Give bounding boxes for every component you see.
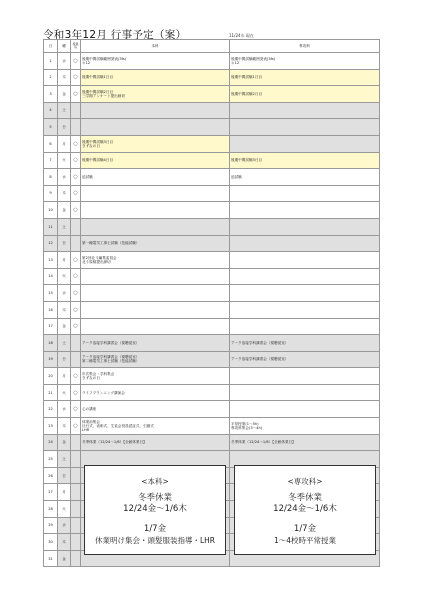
date-cell: 22 (44, 401, 58, 418)
weekday-cell: 火 (58, 152, 71, 169)
table-row: 4土 (44, 102, 380, 119)
table-row: 20月○年次集会・学科集会きずなの日 (44, 368, 380, 385)
class-held-cell: ○ (71, 285, 81, 302)
advanced-course-cell (230, 185, 380, 202)
date-cell: 6 (44, 135, 58, 152)
weekday-cell: 木 (58, 418, 71, 435)
header-class-held: 授業有 (71, 40, 81, 53)
weekday-cell: 金 (58, 86, 71, 103)
main-course-cell: 後期中間試験2日目三学期アンケート提出締切 (81, 86, 230, 103)
table-row: 6月○後期中間試験3日目きずなの日 (44, 135, 380, 152)
class-held-cell (71, 119, 81, 136)
main-course-cell: 後期中間試験1日目 (81, 69, 230, 86)
weekday-cell: 木 (58, 301, 71, 318)
table-row: 13月○第2回北斗編集委員会北斗原稿提出締切 (44, 252, 380, 269)
class-held-cell: ○ (71, 418, 81, 435)
weekday-cell: 土 (58, 335, 71, 352)
table-row: 8水○追試験追試験 (44, 169, 380, 186)
event-text: LHR (82, 428, 228, 432)
table-row: 14火○ (44, 268, 380, 285)
weekday-cell: 水 (58, 401, 71, 418)
notice-senkou-line2: 12/24金～1/6木 (235, 504, 375, 515)
class-held-cell: ○ (71, 135, 81, 152)
date-cell: 23 (44, 418, 58, 435)
table-row: 10金○ (44, 202, 380, 219)
table-row: 18土アーク溶接学科講習会（視聴覚室）アーク溶接学科講習会（視聴覚室） (44, 335, 380, 352)
class-held-cell (71, 434, 81, 451)
date-cell: 26 (44, 467, 58, 484)
notice-main-line2: 12/24金～1/6木 (85, 504, 225, 515)
event-text: ＊12 (231, 61, 378, 65)
date-cell: 28 (44, 501, 58, 518)
main-course-cell (81, 268, 230, 285)
table-row: 11土 (44, 218, 380, 235)
main-course-cell: アーク溶接学科講習会（視聴覚室） (81, 335, 230, 352)
date-cell: 20 (44, 368, 58, 385)
advanced-course-cell (230, 318, 380, 335)
header-main-course: 本科 (81, 40, 230, 53)
table-row: 24金冬季休業（12/24～1/6）【全館休業日】冬季休業（12/24～1/6）… (44, 434, 380, 451)
notice-senkou-line4: 1～4校時平常授業 (235, 535, 375, 546)
class-held-cell (71, 335, 81, 352)
advanced-course-cell: 平常授業(1～5h)専攻科集会(3～4h) (230, 418, 380, 435)
event-text: ライフプランニング講演会 (82, 391, 228, 395)
class-held-cell (71, 484, 81, 501)
advanced-course-cell (230, 285, 380, 302)
event-text: 後期中間試験1日目 (231, 75, 378, 79)
event-text: 冬季休業（12/24～1/6）【全館休業日】 (82, 440, 228, 444)
advanced-course-cell: アーク溶接学科講習会（視聴覚室） (230, 335, 380, 352)
advanced-course-cell: 後期中間試験3日目 (230, 152, 380, 169)
table-row: 17金○ (44, 318, 380, 335)
notice-main-line1: 冬季休業 (85, 493, 225, 504)
event-text: アーク溶接学科講習会（視聴覚室） (82, 341, 228, 345)
event-text: きずなの日 (82, 144, 228, 148)
class-held-cell: ○ (71, 152, 81, 169)
main-course-cell: 年次集会・学科集会きずなの日 (81, 368, 230, 385)
event-text: ＊12 (82, 61, 228, 65)
weekday-cell: 月 (58, 484, 71, 501)
table-row: 5日 (44, 119, 380, 136)
date-cell: 2 (44, 69, 58, 86)
date-cell: 14 (44, 268, 58, 285)
event-text: 後期中間試験2日目 (231, 92, 378, 96)
table-row: 9木○ (44, 185, 380, 202)
main-course-cell: 後期中間試験3日目きずなの日 (81, 135, 230, 152)
class-held-cell (71, 550, 81, 567)
date-cell: 17 (44, 318, 58, 335)
advanced-course-cell: 冬季休業（12/24～1/6）【全館休業日】 (230, 434, 380, 451)
weekday-cell: 木 (58, 185, 71, 202)
weekday-cell: 日 (58, 467, 71, 484)
main-course-cell: 冬季休業（12/24～1/6）【全館休業日】 (81, 434, 230, 451)
event-text: 後期中間試験3日目 (231, 158, 378, 162)
advanced-course-cell (230, 218, 380, 235)
class-held-cell: ○ (71, 252, 81, 269)
main-course-cell (81, 218, 230, 235)
table-header-row: 日 曜 授業有 本科 専攻科 (44, 40, 380, 53)
date-cell: 19 (44, 351, 58, 368)
main-course-cell (81, 318, 230, 335)
table-row: 23木○休業前集会壮行式、表彰式、生徒会役員認証式、引継式LHR平常授業(1～5… (44, 418, 380, 435)
date-cell: 3 (44, 86, 58, 103)
date-cell: 15 (44, 285, 58, 302)
class-held-cell: ○ (71, 69, 81, 86)
advanced-course-cell (230, 301, 380, 318)
date-cell: 21 (44, 384, 58, 401)
header-date: 日 (44, 40, 58, 53)
class-held-cell: ○ (71, 368, 81, 385)
date-cell: 12 (44, 235, 58, 252)
advanced-course-cell (230, 368, 380, 385)
class-held-cell (71, 102, 81, 119)
event-text: 追試験 (82, 175, 228, 179)
header-advanced-course: 専攻科 (230, 40, 380, 53)
date-cell: 16 (44, 301, 58, 318)
event-text: 後期中間試験1日目 (82, 75, 228, 79)
event-text: 追試験 (231, 175, 378, 179)
weekday-cell: 水 (58, 517, 71, 534)
advanced-course-cell (230, 235, 380, 252)
class-held-cell (71, 534, 81, 551)
main-course-cell (81, 301, 230, 318)
table-row: 3金○後期中間試験2日目三学期アンケート提出締切後期中間試験2日目 (44, 86, 380, 103)
table-row: 7火○後期中間試験4日目後期中間試験3日目 (44, 152, 380, 169)
date-cell: 11 (44, 218, 58, 235)
weekday-cell: 木 (58, 534, 71, 551)
table-row: 15水○ (44, 285, 380, 302)
advanced-course-cell: 後期中間試験1日目 (230, 69, 380, 86)
weekday-cell: 日 (58, 119, 71, 136)
class-held-cell: ○ (71, 86, 81, 103)
event-text: 第一種電気工事士試験（技能試験） (82, 241, 228, 245)
main-course-cell (81, 102, 230, 119)
advanced-course-cell (230, 401, 380, 418)
class-held-cell (71, 451, 81, 468)
weekday-cell: 火 (58, 384, 71, 401)
event-text: 後期中間試験4日目 (82, 158, 228, 162)
main-course-cell: 後期中間試験範囲発表(3fs)＊12 (81, 53, 230, 70)
class-held-cell (71, 467, 81, 484)
main-course-cell: アーク溶接学科講習会（視聴覚室）第二種電気工事士試験（技能試験） (81, 351, 230, 368)
weekday-cell: 月 (58, 252, 71, 269)
advanced-course-cell: 後期中間試験2日目 (230, 86, 380, 103)
advanced-course-cell: 追試験 (230, 169, 380, 186)
advanced-course-cell (230, 202, 380, 219)
notice-main-line3: 1/7金 (85, 524, 225, 535)
weekday-cell: 日 (58, 235, 71, 252)
main-course-cell (81, 119, 230, 136)
class-held-cell: ○ (71, 384, 81, 401)
class-held-cell: ○ (71, 53, 81, 70)
event-text: きずなの日 (82, 376, 228, 380)
table-row: 19日アーク溶接学科講習会（視聴覚室）第二種電気工事士試験（技能試験）アーク溶接… (44, 351, 380, 368)
class-held-cell (71, 235, 81, 252)
weekday-cell: 金 (58, 434, 71, 451)
weekday-cell: 金 (58, 318, 71, 335)
main-course-cell (81, 285, 230, 302)
advanced-course-cell (230, 384, 380, 401)
date-cell: 4 (44, 102, 58, 119)
main-course-cell (81, 185, 230, 202)
date-cell: 30 (44, 534, 58, 551)
weekday-cell: 水 (58, 169, 71, 186)
main-course-cell: 心の講座 (81, 401, 230, 418)
advanced-course-cell: アーク溶接学科講習会（視聴覚室） (230, 351, 380, 368)
weekday-cell: 火 (58, 501, 71, 518)
notice-senkou-line1: 冬季休業 (235, 493, 375, 504)
notice-box-main-course: <本科> 冬季休業 12/24金～1/6木 1/7金 休業明け集会・頭髪服装指導… (84, 465, 226, 555)
weekday-cell: 月 (58, 368, 71, 385)
main-course-cell: 後期中間試験4日目 (81, 152, 230, 169)
weekday-cell: 日 (58, 351, 71, 368)
main-course-cell: ライフプランニング講演会 (81, 384, 230, 401)
class-held-cell (71, 501, 81, 518)
notice-main-line4: 休業明け集会・頭髪服装指導・LHR (85, 535, 225, 546)
weekday-cell: 水 (58, 285, 71, 302)
weekday-cell: 水 (58, 53, 71, 70)
main-course-cell (81, 202, 230, 219)
class-held-cell: ○ (71, 185, 81, 202)
date-cell: 9 (44, 185, 58, 202)
event-text: 三学期アンケート提出締切 (82, 94, 228, 98)
table-row: 22水○心の講座 (44, 401, 380, 418)
table-row: 16木○ (44, 301, 380, 318)
date-cell: 1 (44, 53, 58, 70)
class-held-cell (71, 351, 81, 368)
event-text: 冬季休業（12/24～1/6）【全館休業日】 (231, 440, 378, 444)
advanced-course-cell (230, 252, 380, 269)
advanced-course-cell (230, 268, 380, 285)
class-held-cell: ○ (71, 169, 81, 186)
date-cell: 7 (44, 152, 58, 169)
class-held-cell: ○ (71, 301, 81, 318)
class-held-cell: ○ (71, 318, 81, 335)
weekday-cell: 金 (58, 550, 71, 567)
notice-box-advanced-course: <専攻科> 冬季休業 12/24金～1/6木 1/7金 1～4校時平常授業 (234, 465, 376, 555)
advanced-course-cell: 後期中間試験範囲発表(3fs)＊12 (230, 53, 380, 70)
event-text: アーク溶接学科講習会（視聴覚室） (231, 357, 378, 361)
weekday-cell: 土 (58, 451, 71, 468)
date-cell: 25 (44, 451, 58, 468)
notice-senkou-line3: 1/7金 (235, 524, 375, 535)
weekday-cell: 月 (58, 135, 71, 152)
table-row: 12日第一種電気工事士試験（技能試験） (44, 235, 380, 252)
event-text: 心の講座 (82, 407, 228, 411)
weekday-cell: 木 (58, 69, 71, 86)
event-text: 第二種電気工事士試験（技能試験） (82, 359, 228, 363)
table-row: 1水○後期中間試験範囲発表(3fs)＊12後期中間試験範囲発表(3fs)＊12 (44, 53, 380, 70)
weekday-cell: 火 (58, 268, 71, 285)
header-dow: 曜 (58, 40, 71, 53)
date-cell: 27 (44, 484, 58, 501)
date-cell: 13 (44, 252, 58, 269)
date-cell: 29 (44, 517, 58, 534)
date-cell: 18 (44, 335, 58, 352)
advanced-course-cell (230, 135, 380, 152)
notice-senkou-heading: <専攻科> (235, 476, 375, 487)
event-text: アーク溶接学科講習会（視聴覚室） (231, 341, 378, 345)
main-course-cell: 休業前集会壮行式、表彰式、生徒会役員認証式、引継式LHR (81, 418, 230, 435)
weekday-cell: 土 (58, 218, 71, 235)
weekday-cell: 土 (58, 102, 71, 119)
main-course-cell: 第一種電気工事士試験（技能試験） (81, 235, 230, 252)
class-held-cell: ○ (71, 401, 81, 418)
notice-main-heading: <本科> (85, 476, 225, 487)
main-course-cell: 第2回北斗編集委員会北斗原稿提出締切 (81, 252, 230, 269)
class-held-cell: ○ (71, 268, 81, 285)
date-cell: 24 (44, 434, 58, 451)
event-text: 専攻科集会(3～4h) (231, 426, 378, 430)
date-cell: 31 (44, 550, 58, 567)
class-held-cell: ○ (71, 202, 81, 219)
class-held-cell (71, 517, 81, 534)
table-row: 21火○ライフプランニング講演会 (44, 384, 380, 401)
main-course-cell: 追試験 (81, 169, 230, 186)
event-text: 北斗原稿提出締切 (82, 260, 228, 264)
date-cell: 5 (44, 119, 58, 136)
class-held-cell (71, 218, 81, 235)
weekday-cell: 金 (58, 202, 71, 219)
advanced-course-cell (230, 102, 380, 119)
date-cell: 10 (44, 202, 58, 219)
table-row: 2木○後期中間試験1日目後期中間試験1日目 (44, 69, 380, 86)
advanced-course-cell (230, 119, 380, 136)
date-cell: 8 (44, 169, 58, 186)
